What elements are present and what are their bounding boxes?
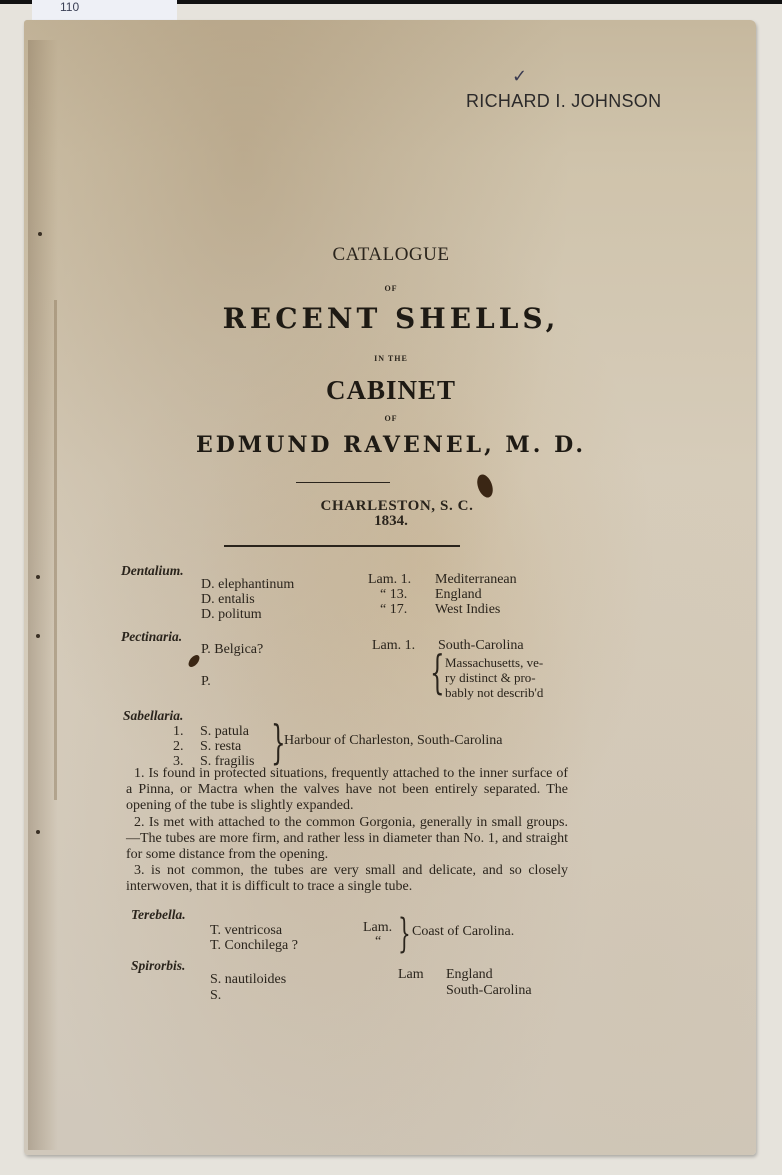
locality-note: bably not describ'd [445, 685, 543, 700]
binding-hole [36, 634, 40, 638]
title-recent-shells: RECENT SHELLS, [0, 302, 782, 335]
locality-note: ry distinct & pro- [445, 670, 536, 685]
note-paragraph: 1. Is found in protected situations, fre… [126, 766, 568, 815]
species: D. elephantinum [201, 577, 294, 592]
locality: Coast of Carolina. [412, 924, 514, 939]
title-catalogue: CATALOGUE [0, 244, 782, 266]
item-number: 2. [173, 739, 184, 754]
locality: West Indies [435, 602, 500, 617]
reference: Lam. 1. [368, 572, 411, 587]
imprint-year: 1834. [0, 513, 782, 530]
locality: Mediterranean [435, 572, 517, 587]
locality-note: Massachusetts, ve- [445, 655, 543, 670]
genus-sabellaria: Sabellaria. [123, 708, 183, 724]
note-paragraph: 2. Is met with attached to the common Go… [126, 815, 568, 864]
item-number: 1. [173, 724, 184, 739]
genus-pectinaria: Pectinaria. [121, 629, 182, 645]
reference: “ 17. [380, 602, 407, 617]
genus-dentalium: Dentalium. [121, 563, 184, 579]
title-rule [296, 482, 390, 483]
binding-hole [38, 232, 42, 236]
title-cabinet: CABINET [0, 375, 782, 406]
reference: Lam. [363, 920, 392, 935]
reference: Lam. 1. [372, 638, 415, 653]
title-of: OF [0, 284, 782, 293]
reference: “ 13. [380, 587, 407, 602]
check-mark-icon: ✓ [512, 66, 527, 87]
species: S. resta [200, 739, 241, 754]
title-in-the: IN THE [0, 354, 782, 363]
locality: South-Carolina [438, 638, 524, 653]
genus-spirorbis: Spirorbis. [131, 958, 185, 974]
species: D. politum [201, 607, 262, 622]
species: P. [201, 674, 211, 689]
species: P. Belgica? [201, 642, 263, 657]
species: S. nautiloides [210, 972, 286, 987]
note-paragraph: 3. is not common, the tubes are very sma… [126, 863, 568, 895]
brace: { [430, 652, 445, 692]
owner-stamp: RICHARD I. JOHNSON [466, 91, 661, 112]
locality: England [446, 967, 493, 982]
reference: “ [375, 934, 381, 949]
genus-terebella: Terebella. [131, 907, 186, 923]
section-rule [224, 545, 460, 547]
locality: South-Carolina [446, 983, 532, 998]
species: T. ventricosa [210, 923, 282, 938]
catalog-label-tag: 110 [32, 0, 177, 20]
locality: England [435, 587, 482, 602]
brace: } [398, 914, 411, 954]
title-of-2: OF [0, 414, 782, 423]
title-author: EDMUND RAVENEL, M. D. [0, 432, 782, 458]
locality: Harbour of Charleston, South-Carolina [284, 733, 503, 748]
species: D. entalis [201, 592, 255, 607]
reference: Lam [398, 967, 424, 982]
species: S. patula [200, 724, 249, 739]
binding-hole [36, 575, 40, 579]
species: T. Conchilega ? [210, 938, 298, 953]
binding-hole [36, 830, 40, 834]
species: S. [210, 988, 221, 1003]
sabellaria-notes: 1. Is found in protected situations, fre… [126, 766, 568, 896]
